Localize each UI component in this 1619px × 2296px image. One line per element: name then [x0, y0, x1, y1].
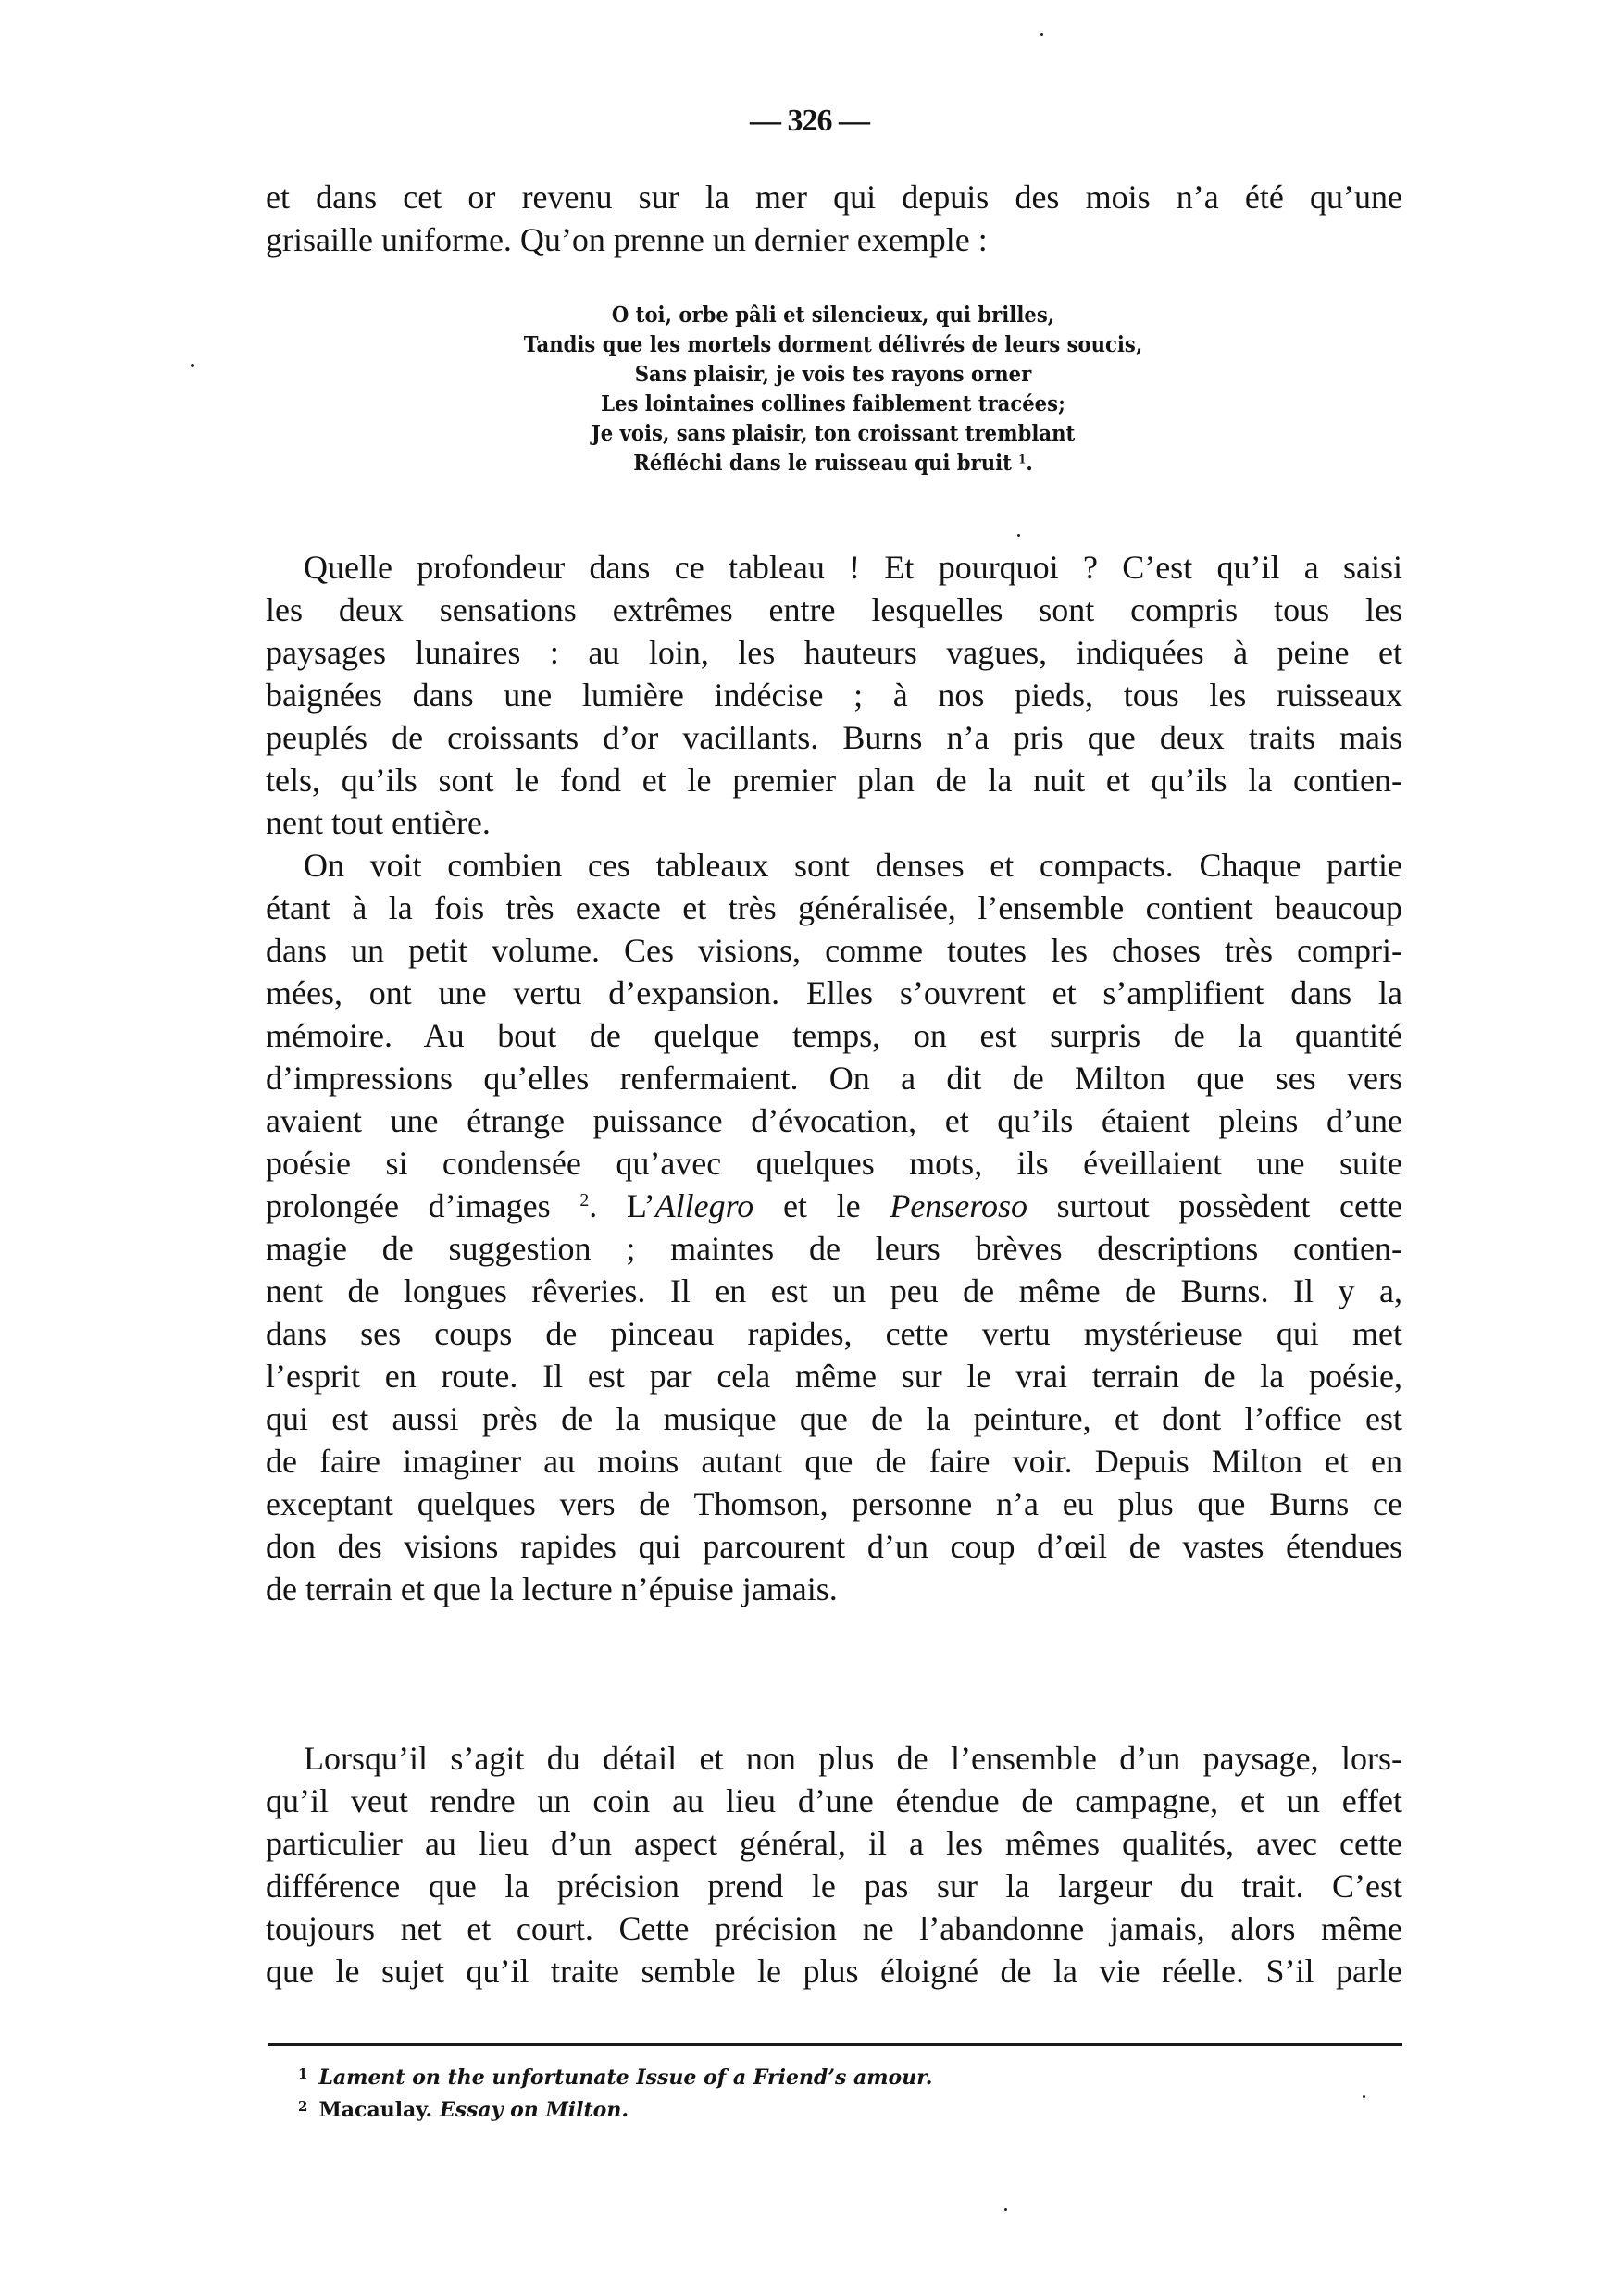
text-line: différence que la précision prend le pas… [266, 1865, 1402, 1907]
text-line: baignées dans une lumière indécise ; à n… [266, 674, 1402, 716]
footnote-author: Macaulay. [318, 2098, 439, 2122]
text-run: surtout possèdent cette [1057, 1187, 1402, 1224]
footnote-title: Essay on Milton. [440, 2098, 629, 2122]
text-line: magie de suggestion ; maintes de leurs b… [266, 1227, 1402, 1270]
verse-line: O toi, orbe pâli et silencieux, qui bril… [67, 301, 1600, 330]
text-line: particulier au lieu d’un aspect général,… [266, 1822, 1402, 1865]
paragraph-lorsquil: Lorsqu’il s’agit du détail et non plus d… [266, 1737, 1402, 1992]
text-line: les deux sensations extrêmes entre lesqu… [266, 589, 1402, 631]
scan-speck [1040, 33, 1043, 36]
text-line: nent de longues rêveries. Il en est un p… [266, 1270, 1402, 1312]
scan-speck [1017, 534, 1020, 537]
verse-line: Tandis que les mortels dorment délivrés … [67, 330, 1600, 360]
footnote-mark: 2 [298, 2098, 307, 2115]
text-run: . L’ [589, 1187, 654, 1224]
footnote-2: 2Macaulay. Essay on Milton. [298, 2091, 629, 2122]
scan-speck [191, 364, 194, 367]
text-line: tels, qu’ils sont le fond et le premier … [266, 759, 1402, 801]
text-line: grisaille uniforme. Qu’on prenne un dern… [266, 218, 1402, 261]
page-number: — 326 — [0, 104, 1619, 139]
paragraph-quelle-profondeur: Quelle profondeur dans ce tableau ! Et p… [266, 546, 1402, 844]
text-line: l’esprit en route. Il est par cela même … [266, 1355, 1402, 1397]
text-line: d’impressions qu’elles renfermaient. On … [266, 1057, 1402, 1099]
verse-line-text: Réfléchi dans le ruisseau qui bruit [633, 451, 1012, 476]
footnote-1: 1Lament on the unfortunate Issue of a Fr… [298, 2058, 932, 2090]
text-line: exceptant quelques vers de Thomson, pers… [266, 1483, 1402, 1525]
text-line: On voit combien ces tableaux sont denses… [266, 844, 1402, 887]
text-line: toujours net et court. Cette précision n… [266, 1907, 1402, 1950]
verse-end-punct: . [1026, 451, 1032, 476]
text-run: prolongée d’images [266, 1187, 551, 1224]
scan-speck [1004, 2208, 1007, 2211]
footnote-mark: 1 [298, 2066, 307, 2082]
book-page: — 326 — et dans cet or revenu sur la mer… [0, 0, 1619, 2296]
text-line: de faire imaginer au moins autant que de… [266, 1440, 1402, 1483]
text-line: mémoire. Au bout de quelque temps, on es… [266, 1014, 1402, 1057]
title-penseroso: Penseroso [890, 1187, 1027, 1224]
verse-line-last: Réfléchi dans le ruisseau qui bruit 1. [67, 449, 1600, 478]
paragraph-on-voit: On voit combien ces tableaux sont denses… [266, 844, 1402, 1610]
text-line: et dans cet or revenu sur la mer qui dep… [266, 176, 1402, 218]
title-allegro: Allegro [655, 1187, 754, 1224]
text-line: paysages lunaires : au loin, les hauteur… [266, 631, 1402, 674]
text-line-with-titles: prolongée d’images 2. L’Allegro et le Pe… [266, 1185, 1402, 1227]
text-line: Lorsqu’il s’agit du détail et non plus d… [266, 1737, 1402, 1780]
verse-line: Sans plaisir, je vois tes rayons orner [67, 360, 1600, 390]
verse-quotation: O toi, orbe pâli et silencieux, qui bril… [0, 301, 1619, 478]
text-line: qui est aussi près de la musique que de … [266, 1397, 1402, 1440]
footnote-ref-2[interactable]: 2 [579, 1190, 589, 1210]
text-line: nent tout entière. [266, 801, 1402, 844]
text-line: de terrain et que la lecture n’épuise ja… [266, 1568, 1402, 1610]
footnote-text: Lament on the unfortunate Issue of a Fri… [318, 2066, 932, 2090]
text-line: mées, ont une vertu d’expansion. Elles s… [266, 972, 1402, 1014]
text-line: que le sujet qu’il traite semble le plus… [266, 1950, 1402, 1992]
verse-line: Je vois, sans plaisir, ton croissant tre… [67, 419, 1600, 449]
text-line: poésie si condensée qu’avec quelques mot… [266, 1142, 1402, 1185]
text-line: avaient une étrange puissance d’évocatio… [266, 1099, 1402, 1142]
text-line: Quelle profondeur dans ce tableau ! Et p… [266, 546, 1402, 589]
paragraph-continuation: et dans cet or revenu sur la mer qui dep… [266, 176, 1402, 261]
verse-line: Les lointaines collines faiblement tracé… [67, 390, 1600, 419]
text-line: qu’il veut rendre un coin au lieu d’une … [266, 1780, 1402, 1822]
text-line: étant à la fois très exacte et très géné… [266, 887, 1402, 929]
text-line: dans un petit volume. Ces visions, comme… [266, 929, 1402, 972]
footnote-divider [268, 2043, 1402, 2046]
scan-speck [1363, 2095, 1365, 2098]
text-line: dans ses coups de pinceau rapides, cette… [266, 1312, 1402, 1355]
text-line: don des visions rapides qui parcourent d… [266, 1525, 1402, 1568]
text-line: peuplés de croissants d’or vacillants. B… [266, 716, 1402, 759]
